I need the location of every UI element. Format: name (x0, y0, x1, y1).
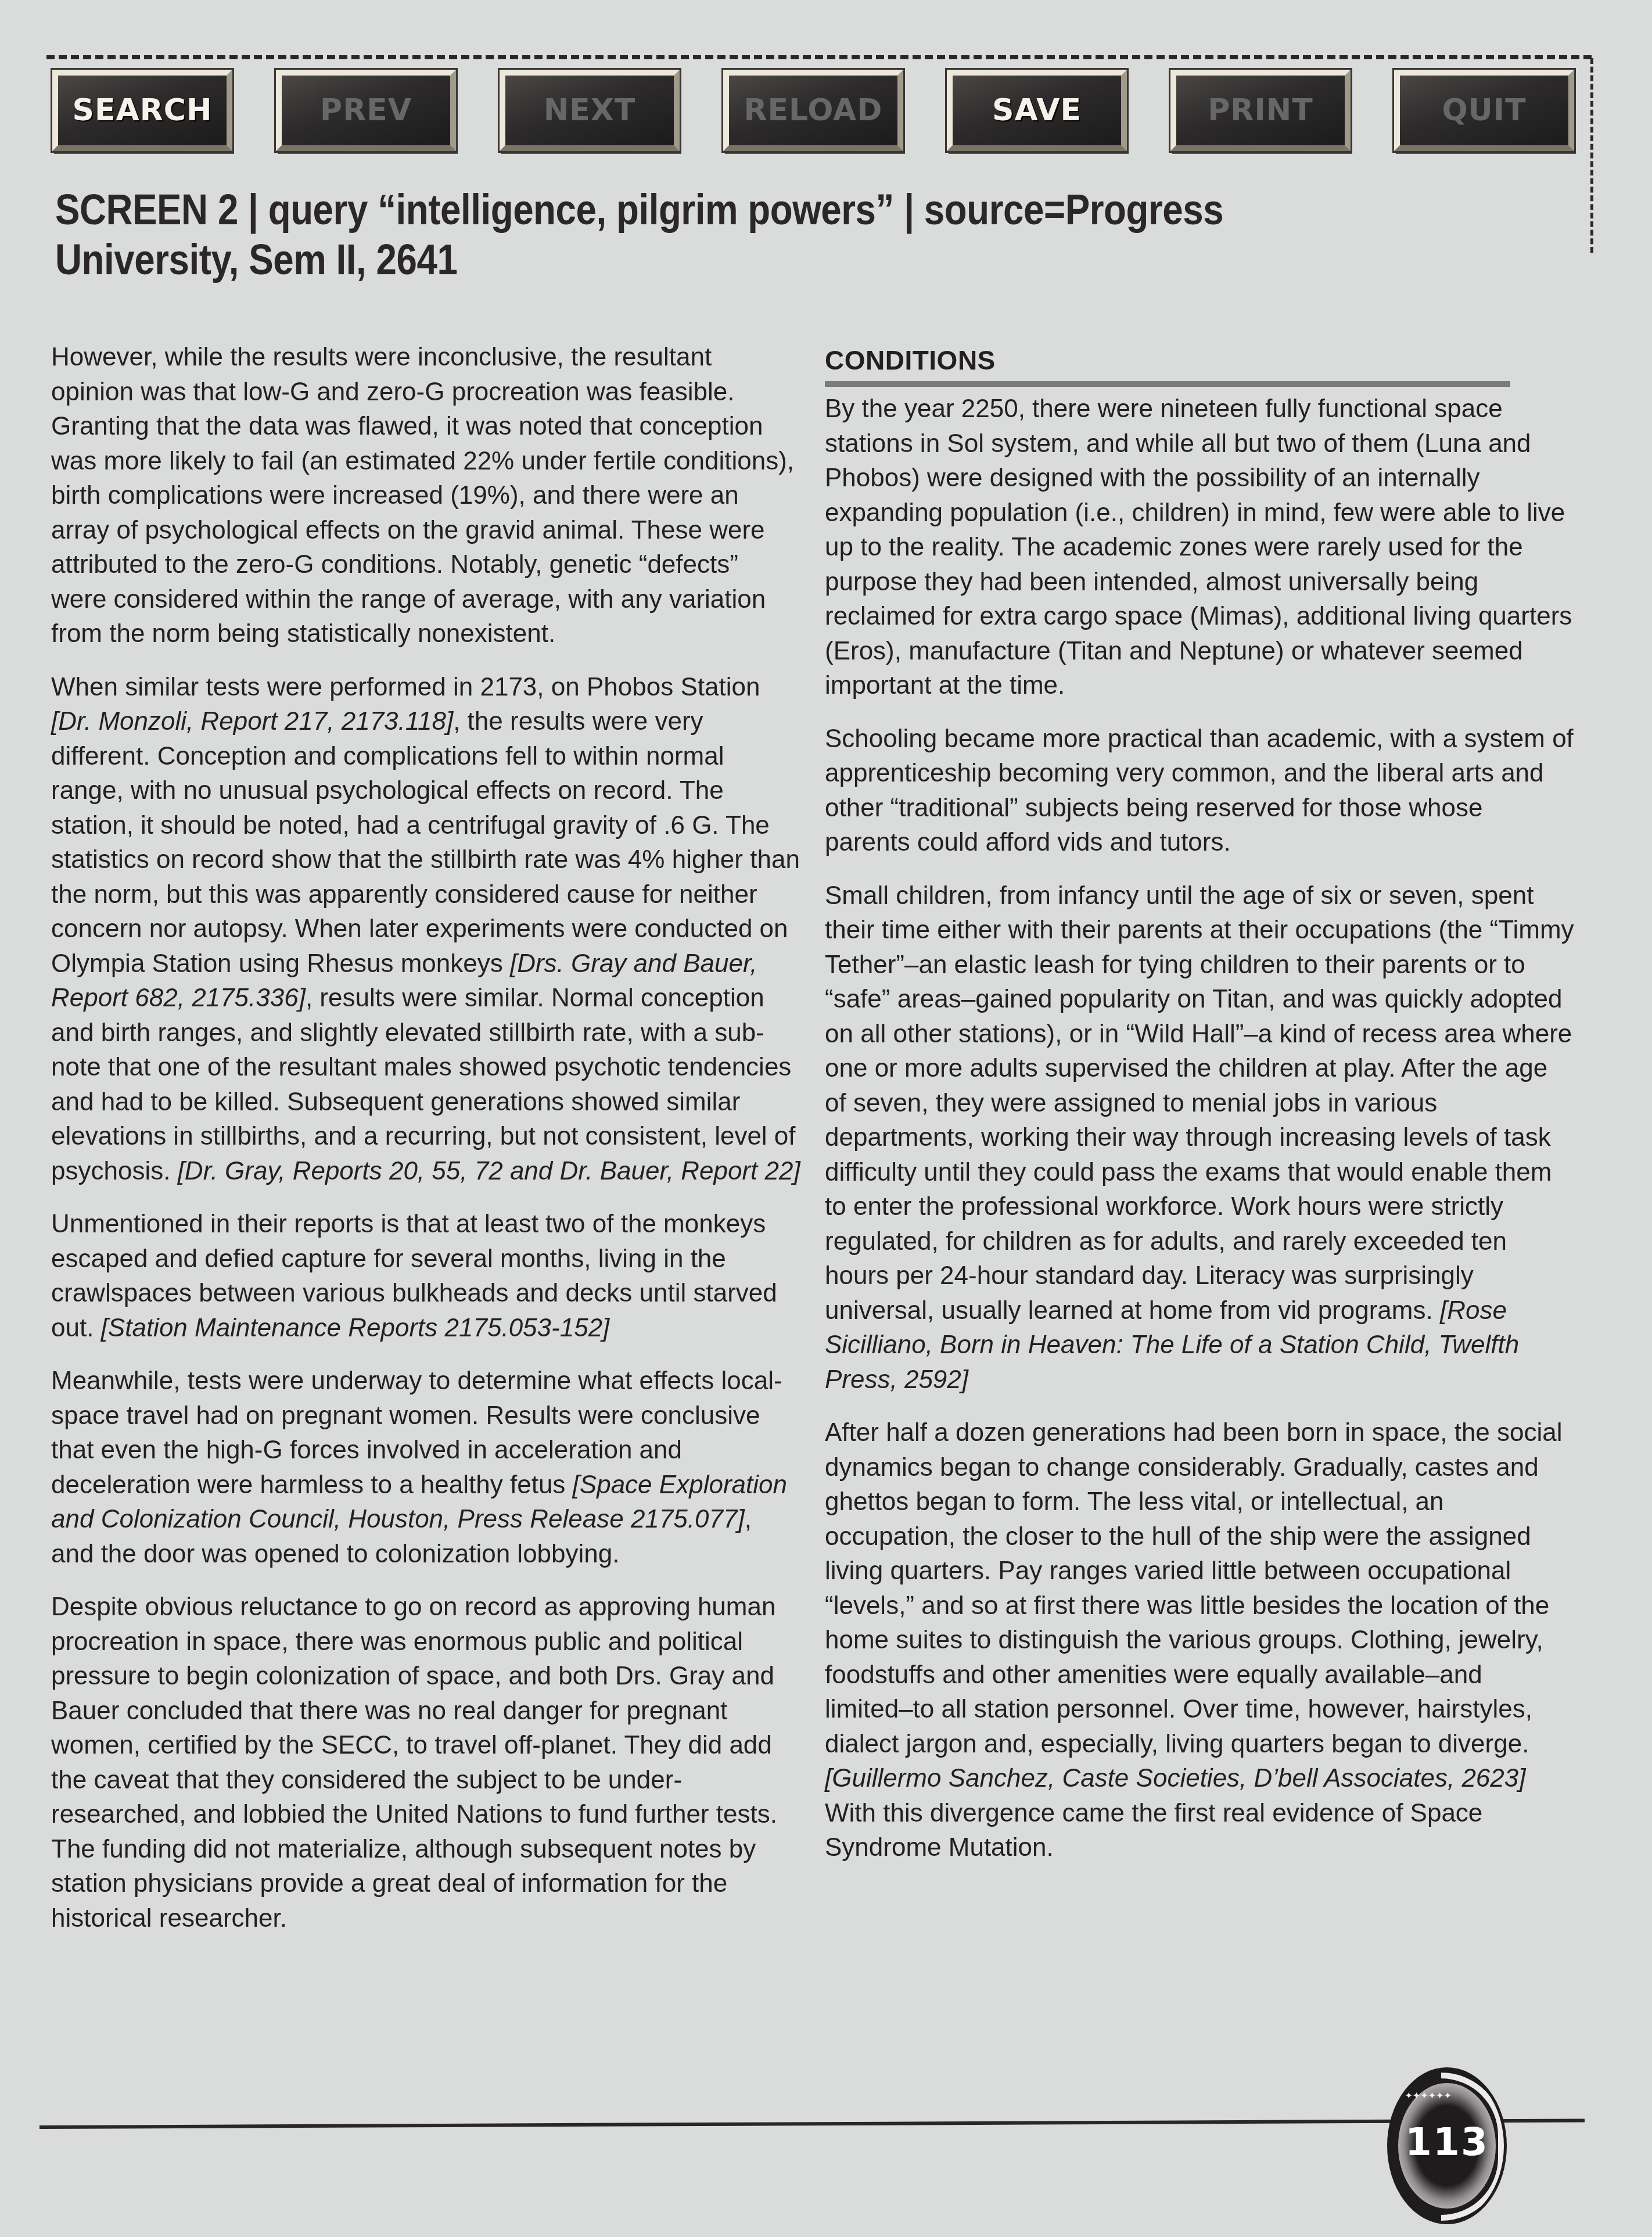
right-column: CONDITIONS By the year 2250, there were … (825, 343, 1574, 1884)
print-button[interactable]: PRINT (1170, 70, 1351, 151)
paragraph: After half a dozen generations had been … (825, 1415, 1574, 1865)
quit-button[interactable]: QUIT (1394, 70, 1574, 151)
page-title: SCREEN 2 | query “intelligence, pilgrim … (55, 185, 1304, 285)
paragraph: Small children, from infancy until the a… (825, 879, 1574, 1397)
page-number-badge: ✦✦✦✦✦✦✦ 113 (1387, 2067, 1507, 2224)
paragraph: When similar tests were performed in 217… (51, 670, 800, 1189)
citation: [Station Maintenance Reports 2175.053-15… (101, 1314, 610, 1342)
footer-rule (39, 2118, 1585, 2129)
search-button[interactable]: SEARCH (52, 70, 232, 151)
citation: [Dr. Gray, Reports 20, 55, 72 and Dr. Ba… (178, 1157, 800, 1185)
citation: [Dr. Monzoli, Report 217, 2173.118] (51, 707, 453, 736)
paragraph: However, while the results were inconclu… (51, 340, 800, 651)
section-heading: CONDITIONS (825, 343, 1510, 387)
prev-button[interactable]: PREV (276, 70, 456, 151)
paragraph: Schooling became more practical than aca… (825, 722, 1574, 860)
reload-button[interactable]: RELOAD (723, 70, 903, 151)
paragraph: Meanwhile, tests were underway to determ… (51, 1364, 800, 1571)
paragraph: By the year 2250, there were nineteen fu… (825, 392, 1574, 703)
paragraph: Despite obvious reluctance to go on reco… (51, 1590, 800, 1935)
toolbar: SEARCH PREV NEXT RELOAD SAVE PRINT QUIT (52, 70, 1574, 157)
paragraph: Unmentioned in their reports is that at … (51, 1207, 800, 1345)
dashed-frame-right (1590, 58, 1593, 253)
page-number: 113 (1390, 2120, 1504, 2164)
citation: [Guillermo Sanchez, Caste Societies, D’b… (825, 1764, 1526, 1793)
dashed-frame-top (46, 55, 1592, 59)
next-button[interactable]: NEXT (500, 70, 680, 151)
left-column: However, while the results were inconclu… (51, 340, 800, 1954)
save-button[interactable]: SAVE (947, 70, 1127, 151)
